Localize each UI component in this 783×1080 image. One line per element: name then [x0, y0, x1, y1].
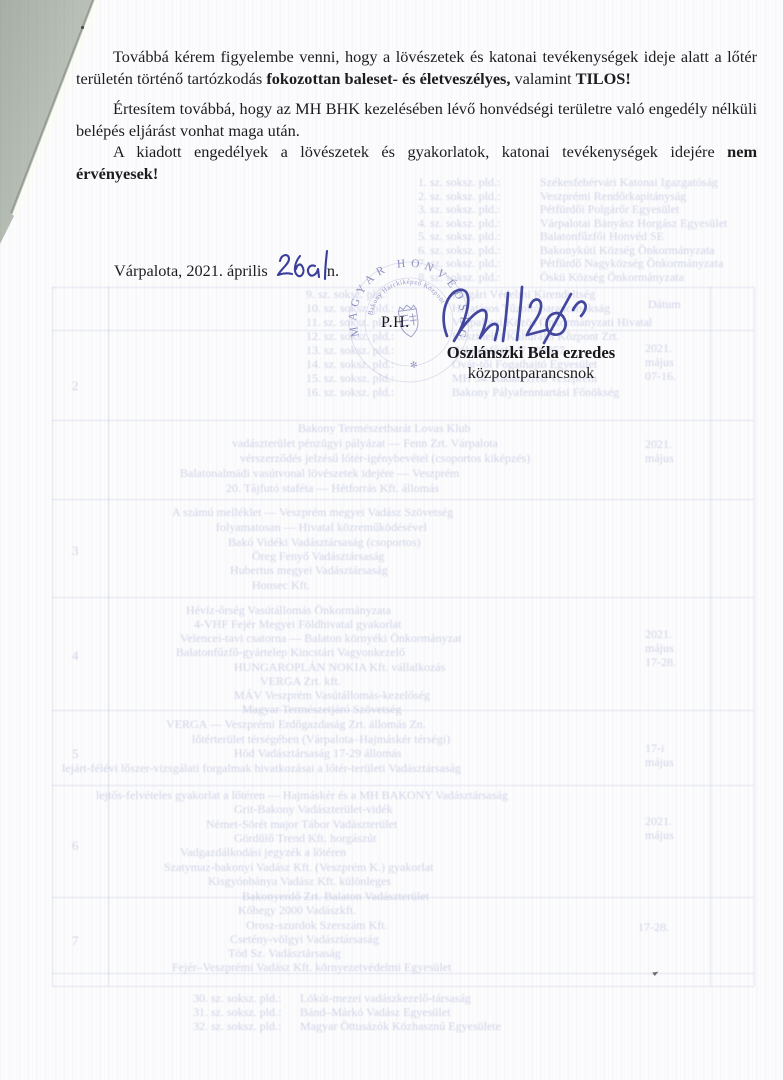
bleedthrough-table-rule-h — [52, 785, 754, 786]
bleedthrough-text: vadászterület pénzügyi pályázat — Fenn Z… — [232, 437, 498, 449]
bleedthrough-text: lejtős-felvételes gyakorlat a lőtéren — … — [96, 789, 508, 801]
bleedthrough-text: 6 — [72, 840, 79, 852]
bleedthrough-text: MÁV Veszprém Vasútállomás-kezelőség — [234, 689, 430, 701]
body-text: valamint — [510, 69, 575, 88]
bleedthrough-table-rule-h — [52, 897, 754, 898]
bleedthrough-text: Bakony Természetbarát Lovas Klub — [298, 422, 471, 434]
bleedthrough-text: Lókút-mezei vadászkezelő-társaság — [300, 992, 471, 1004]
bleedthrough-text: május — [645, 642, 674, 654]
signer-title: központparancsnok — [401, 363, 661, 383]
emphasized-text: fokozottan baleset- és életveszélyes, — [266, 69, 510, 88]
bleedthrough-text: 2 — [72, 380, 79, 392]
bleedthrough-text: Bakony Pályafenntartási Főnökség — [452, 386, 619, 398]
date-line: Várpalota, 2021. április n. — [114, 249, 339, 283]
bleedthrough-table-rule-h — [52, 710, 754, 711]
bleedthrough-text: Kisgyónbánya Vadász Kft. különleges — [208, 875, 391, 887]
bleedthrough-table-rule-v — [754, 287, 755, 986]
bleedthrough-table-rule-h — [52, 597, 754, 598]
bleedthrough-text: Fejér–Veszprémi Vadász Kft. környezetvéd… — [172, 961, 451, 973]
bleedthrough-text: 31. sz. soksz. pld.: — [193, 1006, 281, 1018]
bleedthrough-text: HUNGAROPLÁN NOKIA Kft. vállalkozás — [234, 661, 445, 673]
bleedthrough-text: Bakó Vidéki Vadásztársaság (csoportos) — [228, 536, 420, 548]
emphasized-text: TILOS! — [576, 69, 631, 88]
bleedthrough-text: 4. sz. soksz. pld.: — [418, 217, 500, 229]
body-text: A kiadott engedélyek a lövészetek és gya… — [113, 142, 727, 161]
bleedthrough-text: Honsec Kft. — [252, 579, 310, 591]
scan-speck-top — [81, 26, 84, 29]
bleedthrough-text: május — [645, 829, 674, 841]
bleedthrough-text: A számú melléklet — Veszprém megyei Vadá… — [172, 506, 453, 518]
bleedthrough-table-rule-h — [52, 420, 754, 421]
bleedthrough-text: 17-i — [645, 742, 664, 754]
bleedthrough-text: Balatonfűzfő-gyártelep Kincstári Vagyonk… — [176, 646, 405, 658]
bleedthrough-table-rule-h — [52, 499, 754, 500]
bleedthrough-text: 2021. — [645, 628, 672, 640]
bleedthrough-text: 7 — [72, 935, 79, 947]
bleedthrough-text: Öreg Fenyő Vadásztársaság — [252, 550, 384, 562]
bleedthrough-text: vérszerződés jelzésű lőtér-igénybevétel … — [240, 452, 530, 464]
bleedthrough-text: Vadgazdálkodási jegyzék a lőtéren — [180, 846, 346, 858]
bleedthrough-text: VERGA Zrt. kft. — [260, 675, 341, 687]
bleedthrough-text: május — [645, 452, 674, 464]
bleedthrough-text: Bakonykúti Község Önkormányzata — [540, 244, 715, 256]
bleedthrough-text: Kőhegy 2000 Vadászkft. — [238, 904, 356, 916]
bleedthrough-text: 4 — [72, 650, 79, 662]
bleedthrough-table-rule-v — [710, 287, 711, 986]
bleedthrough-text: 17-28. — [638, 921, 669, 933]
bleedthrough-text: folyamatosan — Hivatal közreműködésével — [216, 521, 427, 533]
bleedthrough-text: 4-VHF Fejér Megyei Földhivatal gyakorlat — [194, 618, 401, 630]
bleedthrough-text: Balatonalmádi vasútvonal lövészetek idej… — [180, 467, 459, 479]
bleedthrough-text: Hubertus megyei Vadásztársaság — [230, 564, 388, 576]
bleedthrough-table-rule-h — [52, 973, 754, 974]
bleedthrough-text: VERGA — Veszprémi Erdőgazdaság Zrt. állo… — [166, 718, 426, 730]
bleedthrough-text: Grit-Bakony Vadászterület-vidék — [234, 803, 393, 815]
bleedthrough-text: Szatymaz-bakonyi Vadász Kft. (Veszprém K… — [164, 861, 433, 873]
bleedthrough-text: 2. sz. soksz. pld.: — [418, 190, 500, 202]
bleedthrough-text: 2021. — [645, 438, 672, 450]
date-suffix: n. — [327, 261, 339, 280]
bleedthrough-text: Balatonfűzfői Honvéd SE — [540, 230, 664, 242]
bleedthrough-text: május — [645, 756, 674, 768]
scanned-letter-page: 1. sz. soksz. pld.:Székesfehérvári Katon… — [0, 0, 783, 1080]
bleedthrough-text: Német-Sörét major Tábor Vadászterület — [206, 818, 397, 830]
bleedthrough-text: lőtérterület térségében (Várpalota–Hajmá… — [192, 733, 450, 745]
bleedthrough-text: Pétfürdői Polgárőr Egyesület — [540, 203, 679, 215]
paragraph-validity: A kiadott engedélyek a lövészetek és gya… — [76, 141, 757, 184]
bleedthrough-text: 30. sz. soksz. pld.: — [193, 992, 281, 1004]
bleedthrough-text: Dátum — [648, 298, 681, 310]
bleedthrough-text: 17-28. — [645, 656, 676, 668]
bleedthrough-table-rule-v — [52, 287, 53, 986]
bleedthrough-text: lejárt-félévi lőszer-vizsgálati forgalma… — [62, 762, 461, 774]
bleedthrough-text: Tód Sz. Vadásztársaság — [228, 947, 341, 959]
bleedthrough-text: 3 — [72, 545, 79, 557]
bleedthrough-text: Magyar Öttusázók Közhasznú Egyesülete — [300, 1020, 501, 1032]
signer-name: Oszlánszki Béla ezredes — [401, 343, 661, 363]
bleedthrough-text: Pétfürdő Nagyközség Önkormányzata — [540, 257, 723, 269]
bleedthrough-text: Magyar Természetjáró Szövetség — [242, 703, 402, 715]
bleedthrough-text: Hévíz-őrség Vasútállomás Önkormányzata — [186, 604, 391, 616]
seal-placeholder-label: P.H. — [381, 314, 410, 332]
bleedthrough-text: 32. sz. soksz. pld.: — [193, 1020, 281, 1032]
paragraph-warning: Továbbá kérem figyelembe venni, hogy a l… — [76, 46, 757, 89]
bleedthrough-text: Gördülő Trend Kft. horgászút — [234, 832, 376, 844]
bleedthrough-table-rule-v — [108, 287, 109, 986]
body-text: Értesítem továbbá, hogy az MH BHK kezelé… — [76, 99, 757, 140]
bleedthrough-text: 5 — [72, 748, 79, 760]
bleedthrough-text: Velencei-tavi csatorna — Balaton környék… — [180, 632, 462, 644]
bleedthrough-text: Veszprémi Rendőrkapitányság — [540, 190, 686, 202]
bleedthrough-text: Orosz-szurdok Szerszám Kft. — [246, 919, 388, 931]
bleedthrough-text: Csetény-völgyi Vadásztársaság — [230, 933, 379, 945]
date-prefix: Várpalota, 2021. április — [114, 261, 268, 280]
bleedthrough-text: 3. sz. soksz. pld.: — [418, 203, 500, 215]
bleedthrough-text: Bánd–Márkó Vadász Egyesület — [300, 1006, 450, 1018]
bleedthrough-text: Hód Vadásztársaság 17-29 állomás — [234, 747, 401, 759]
bleedthrough-text: 2021. — [645, 815, 672, 827]
paragraph-notice: Értesítem továbbá, hogy az MH BHK kezelé… — [76, 98, 757, 141]
handwritten-day — [273, 249, 331, 283]
bleedthrough-text: Bakonyerdő Zrt. Balaton Vadászterület — [242, 890, 429, 902]
bleedthrough-text: Várpalotai Bányász Horgász Egyesület — [540, 217, 727, 229]
letter-body: Továbbá kérem figyelembe venni, hogy a l… — [76, 46, 757, 185]
bleedthrough-text: 20. Tájfutó staféta — Hétforrás Kft. áll… — [226, 482, 439, 494]
bleedthrough-table-rule-h — [52, 986, 754, 987]
bleedthrough-text: 5. sz. soksz. pld.: — [418, 230, 500, 242]
